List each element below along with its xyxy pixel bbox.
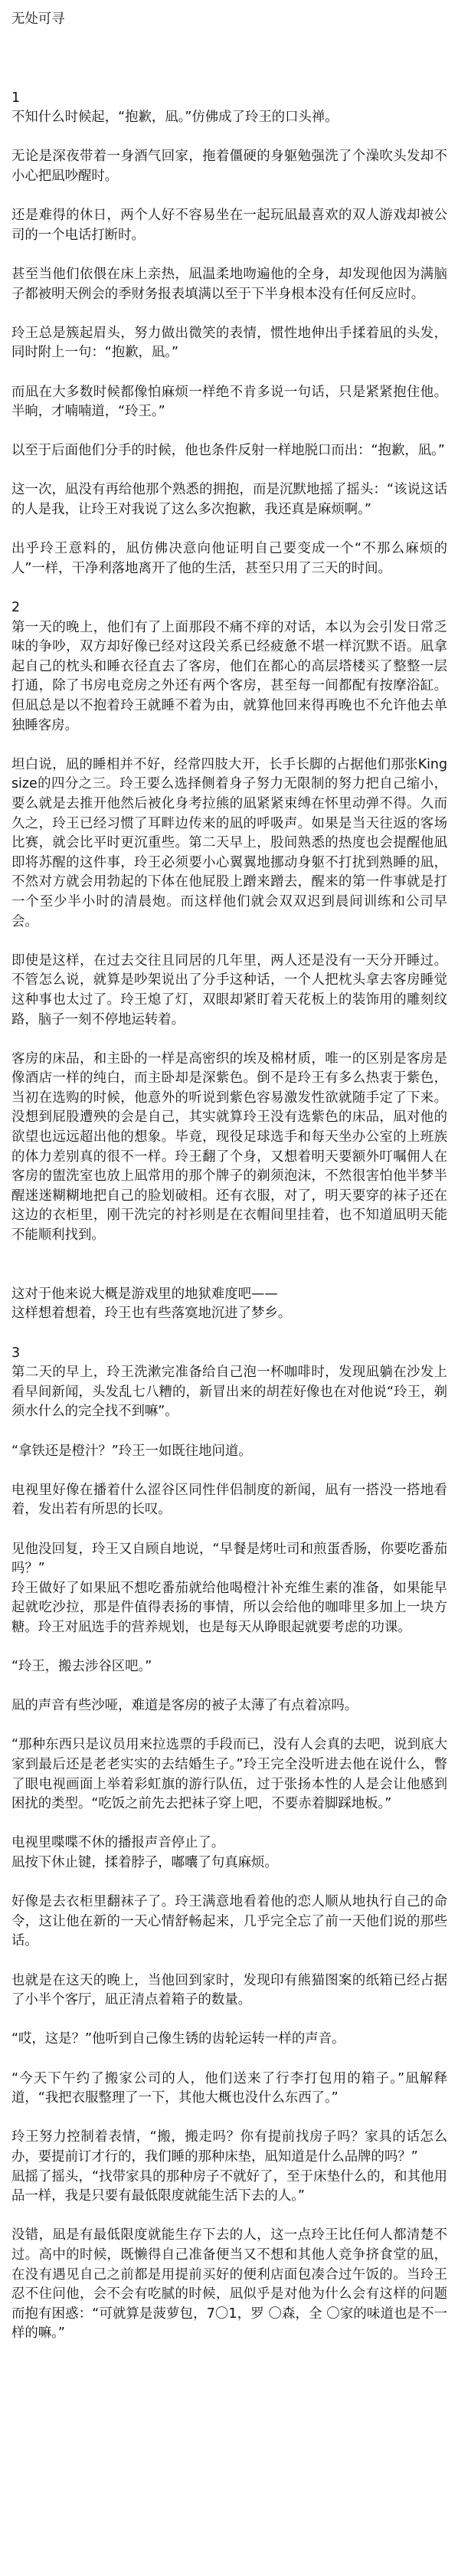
document-page: 无处可寻 1 不知什么时候起，“抱歉，凪。”仿佛成了玲王的口头禅。 无论是深夜带… [0,0,458,2394]
paragraph: “今天下午约了搬家公司的人，他们送来了行李打包用的箱子。”凪解释道，“我把衣服整… [11,2070,447,2109]
document-title: 无处可寻 [11,10,447,30]
paragraph: 凪的声音有些沙哑，难道是客房的被子太薄了有点着凉吗。 [11,1696,447,1716]
paragraph: 第二天的早上，玲王洗漱完准备给自己泡一杯咖啡时，发现凪躺在沙发上看早间新闻，头发… [11,1363,447,1422]
paragraph: 无论是深夜带着一身酒气回家，拖着僵硬的身躯勉强洗了个澡吹头发却不小心把凪吵醒时。 [11,147,447,186]
chapter-1: 1 不知什么时候起，“抱歉，凪。”仿佛成了玲王的口头禅。 无论是深夜带着一身酒气… [11,89,447,579]
paragraph: 见他没回复，玲王又自顾自地说，“早餐是烤吐司和煎蛋香肠，你要吃番茄吗？” [11,1540,447,1579]
paragraph: 坦白说，凪的睡相并不好，经常四肢大开，长手长脚的占据他们那张King size的… [11,755,447,932]
paragraph: 玲王做好了如果凪不想吃番茄就给他喝橙汁补充维生素的准备，如果能早起就吃沙拉，那是… [11,1579,447,1638]
paragraph: 第一天的晚上，他们有了上面那段不痛不痒的对话，本以为会引发日常乏味的争吵，双方却… [11,618,447,736]
paragraph: 好像是去衣柜里翻袜子了。玲王满意地看着他的恋人顺从地执行自己的命令，这让他在新的… [11,1893,447,1952]
paragraph: “那种东西只是议员用来拉选票的手段而已，没有人会真的去吧，说到底大家到最后还是老… [11,1735,447,1814]
paragraph: “拿铁还是橙汁？”玲王一如既往地问道。 [11,1442,447,1462]
chapter-number: 1 [11,89,447,109]
chapter-3: 3 第二天的早上，玲王洗漱完准备给自己泡一杯咖啡时，发现凪躺在沙发上看早间新闻，… [11,1344,447,2344]
paragraph: “玲王，搬去涉谷区吧。” [11,1657,447,1677]
paragraph: 电视里喋喋不休的播报声音停止了。 [11,1834,447,1853]
paragraph: 出乎玲王意料的，凪仿佛决意向他证明自己要变成一个“不那么麻烦的人”一样，干净利落… [11,539,447,578]
paragraph: “哎，这是？”他听到自己像生锈的齿轮运转一样的声音。 [11,2030,447,2050]
chapter-number: 2 [11,598,447,618]
paragraph: 即使是这样，在过去交往且同居的几年里，两人还是没有一天分开睡过。不管怎么说，就算… [11,952,447,1030]
paragraph: 客房的床品，和主卧的一样是高密织的埃及棉材质，唯一的区别是客房是像酒店一样的纯白… [11,1050,447,1246]
paragraph-spacer [11,1265,447,1285]
paragraph: 没错，凪是有最低限度就能生存下去的人，这一点玲王比任何人都清楚不过。高中的时候，… [11,2226,447,2344]
paragraph: 这一次，凪没有再给他那个熟悉的拥抱，而是沉默地摇了摇头：“该说这话的人是我，让玲… [11,480,447,519]
paragraph: 而凪在大多数时候都像怕麻烦一样绝不肯多说一句话，只是紧紧抱住他。半晌，才喃喃道，… [11,383,447,422]
paragraph: 凪摇了摇头，“找带家具的那种房子不就好了，至于床垫什么的，和其他用品一样，我是只… [11,2168,447,2207]
chapter-number: 3 [11,1344,447,1364]
paragraph: 不知什么时候起，“抱歉，凪。”仿佛成了玲王的口头禅。 [11,108,447,128]
paragraph: 这样想着想着，玲王也有些落寞地沉进了梦乡。 [11,1304,447,1324]
paragraph: 凪按下休止键，揉着脖子，嘟囔了句真麻烦。 [11,1853,447,1873]
chapter-2: 2 第一天的晚上，他们有了上面那段不痛不痒的对话，本以为会引发日常乏味的争吵，双… [11,598,447,1324]
paragraph: 玲王努力控制着表情，“搬，搬走吗？你有提前找房子吗？家具的话怎么办，要提前订才行… [11,2128,447,2167]
title-spacer [11,30,447,89]
paragraph: 玲王总是簇起眉头，努力做出微笑的表情，惯性地伸出手揉着凪的头发，同时附上一句：“… [11,324,447,363]
paragraph: 电视里好像在播着什么涩谷区同性伴侣制度的新闻，凪有一搭没一搭地看着，发出若有所思… [11,1481,447,1520]
paragraph: 也就是在这天的晚上，当他回到家时，发现印有熊猫图案的纸箱已经占据了小半个客厅，凪… [11,1971,447,2011]
paragraph: 以至于后面他们分手的时候，他也条件反射一样地脱口而出：“抱歉，凪。” [11,441,447,461]
paragraph: 甚至当他们依偎在床上亲热，凪温柔地吻遍他的全身，却发现他因为满脑子都被明天例会的… [11,265,447,304]
paragraph: 还是难得的休日，两个人好不容易坐在一起玩凪最喜欢的双人游戏却被公司的一个电话打断… [11,206,447,245]
paragraph: 这对于他来说大概是游戏里的地狱难度吧—— [11,1285,447,1305]
